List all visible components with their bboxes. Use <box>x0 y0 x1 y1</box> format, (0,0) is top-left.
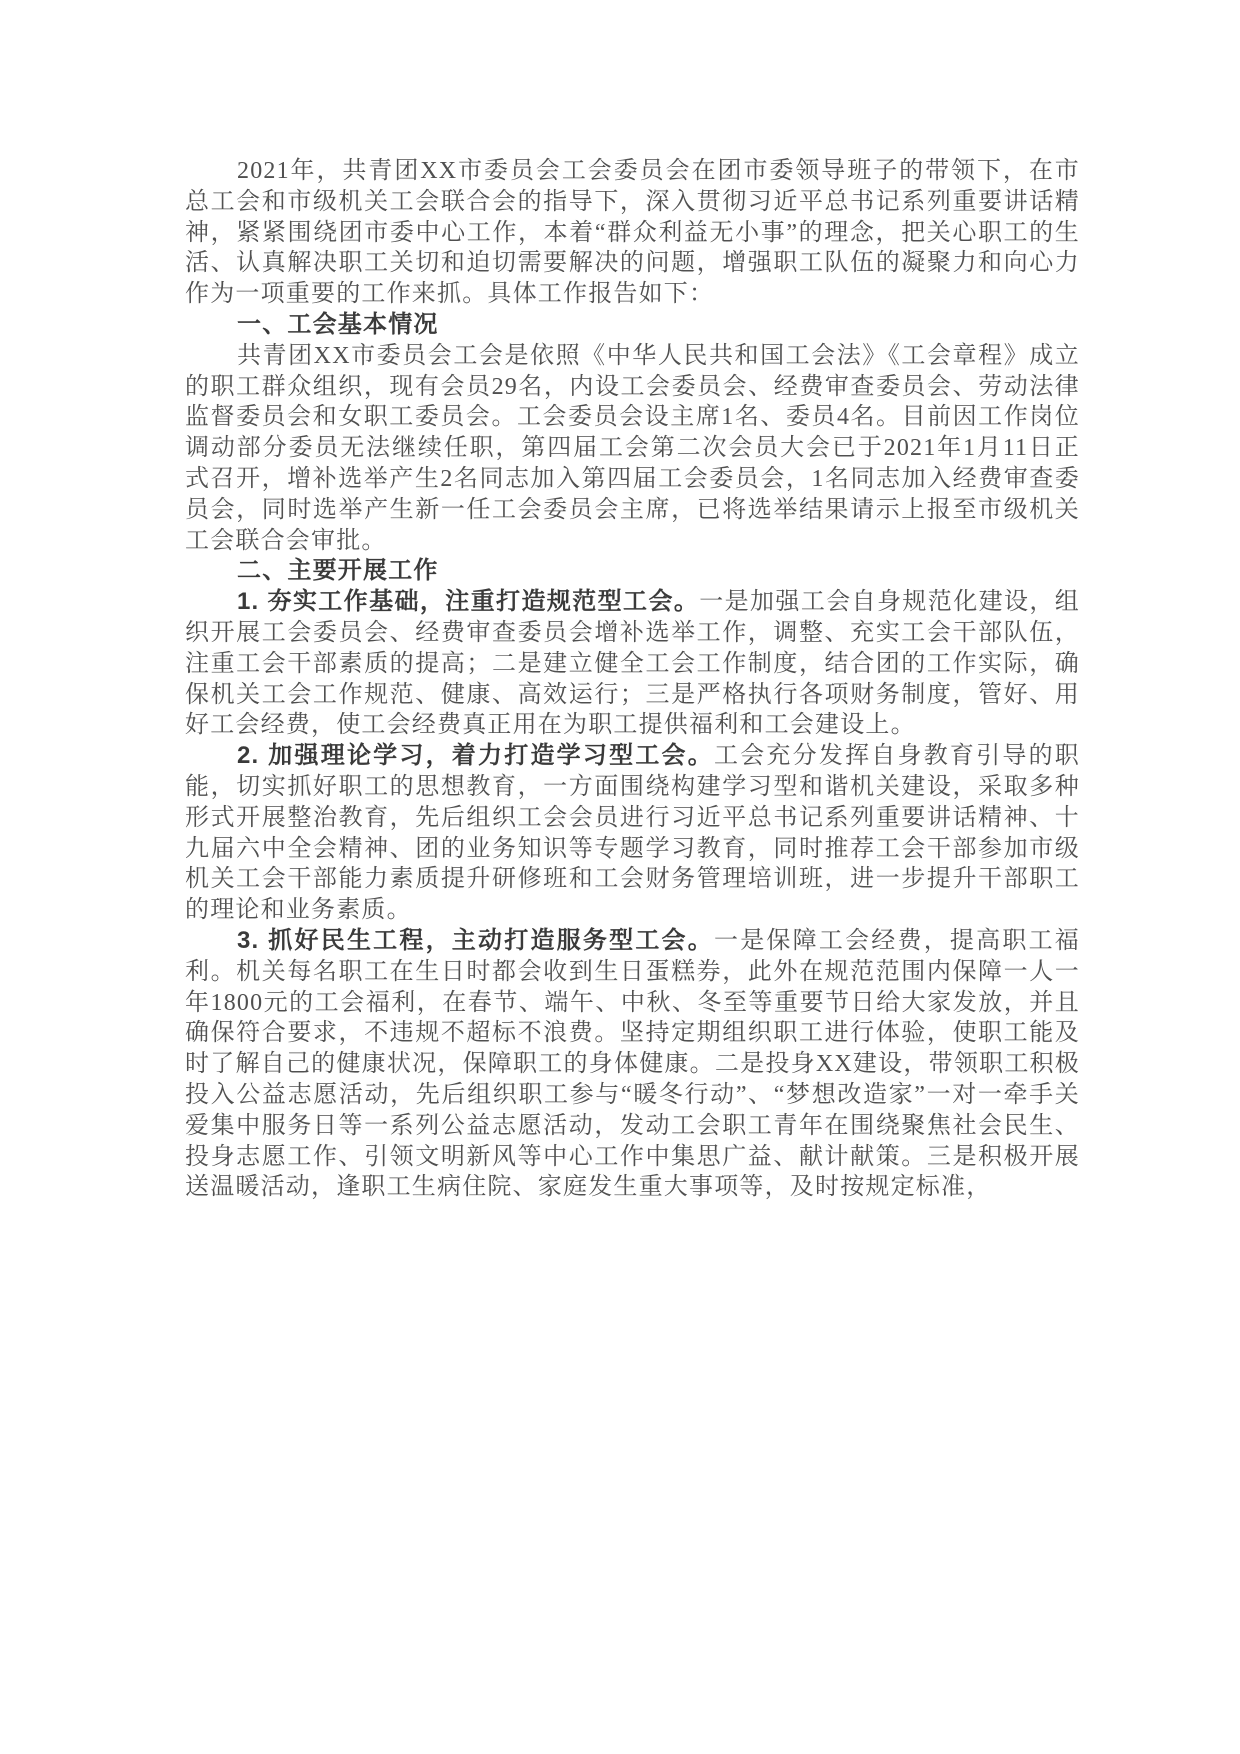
paragraph: 1. 夯实工作基础，注重打造规范型工会。一是加强工会自身规范化建设，组织开展工会… <box>185 587 1080 741</box>
text-run: 二、主要开展工作 <box>237 557 439 584</box>
text-run: 1. 夯实工作基础，注重打造规范型工会。 <box>237 588 699 615</box>
section-heading: 一、工会基本情况 <box>185 310 1080 341</box>
text-run: 2. 加强理论学习，着力打造学习型工会。 <box>237 742 714 769</box>
paragraph: 共青团XX市委员会工会是依照《中华人民共和国工会法》《工会章程》成立的职工群众组… <box>185 341 1080 557</box>
section-heading: 二、主要开展工作 <box>185 556 1080 587</box>
text-run: 一、工会基本情况 <box>237 311 439 338</box>
paragraph: 2. 加强理论学习，着力打造学习型工会。工会充分发挥自身教育引导的职能，切实抓好… <box>185 741 1080 926</box>
document-page: 2021年，共青团XX市委员会工会委员会在团市委领导班子的带领下，在市总工会和市… <box>0 0 1240 1754</box>
text-run: 工会充分发挥自身教育引导的职能，切实抓好职工的思想教育，一方面围绕构建学习型和谐… <box>185 743 1080 923</box>
paragraph: 2021年，共青团XX市委员会工会委员会在团市委领导班子的带领下，在市总工会和市… <box>185 156 1080 310</box>
text-run: 一是保障工会经费，提高职工福利。机关每名职工在生日时都会收到生日蛋糕券，此外在规… <box>185 928 1080 1200</box>
text-run: 共青团XX市委员会工会是依照《中华人民共和国工会法》《工会章程》成立的职工群众组… <box>185 343 1080 554</box>
document-body: 2021年，共青团XX市委员会工会委员会在团市委领导班子的带领下，在市总工会和市… <box>185 156 1080 1203</box>
text-run: 3. 抓好民生工程，主动打造服务型工会。 <box>237 927 714 954</box>
text-run: 2021年，共青团XX市委员会工会委员会在团市委领导班子的带领下，在市总工会和市… <box>185 158 1080 307</box>
paragraph: 3. 抓好民生工程，主动打造服务型工会。一是保障工会经费，提高职工福利。机关每名… <box>185 926 1080 1203</box>
